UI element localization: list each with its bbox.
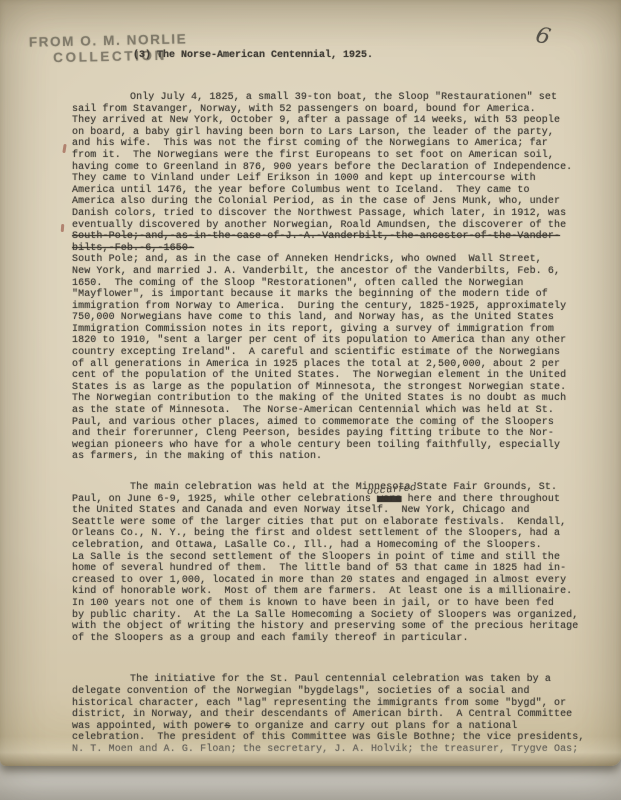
text-line: South-Pole;-and,-as-in-the-case-of-J.-A.… [72,231,582,243]
text-line: Immigration Commission notes in its repo… [72,324,582,336]
text-line: Seattle were some of the larger cities t… [72,517,582,529]
paragraph: The main celebration was held at the Min… [72,482,582,644]
typed-text: America until 1476, the year before Colu… [72,185,530,196]
text-line: "Mayflower", is important because it mar… [72,289,582,301]
typed-text: as farmers, in the making of this nation… [72,451,322,462]
text-line: The main celebration was held at the Min… [72,482,582,494]
typed-text: "Mayflower", is important because it mar… [72,289,548,300]
text-line: as farmers, in the making of this nation… [72,451,582,463]
typed-text: was appointed, with power [72,721,225,732]
typed-text: historical character, each "lag" represe… [72,698,566,709]
typed-text: The main celebration was held at the Min… [130,482,557,493]
typed-text: creased to over 1,000, located in more t… [72,575,566,586]
text-line: 1820 to 1910, "sent a larger per cent of… [72,335,582,347]
text-line: and his wife. This was not the first com… [72,138,582,150]
typed-text: country excepting Ireland". A careful an… [72,347,560,358]
struck-text: South-Pole;-and,-as-in-the-case-of-J.-A.… [72,231,560,242]
text-line: The initiative for the St. Paul centenni… [72,674,582,686]
typed-text: The Norwegian contribution to the making… [72,393,566,404]
text-line: They came to Vinland under Leif Erikson … [72,173,582,185]
typewritten-page: FROM O. M. NORLIE COLLECTION (3) The Nor… [0,0,621,766]
typed-text: eventually discovered by another Norwegi… [72,220,566,231]
typed-text: of all generations in America in 1925 pl… [72,359,560,370]
text-line: historical character, each "lag" represe… [72,698,582,710]
paragraph: The initiative for the St. Paul centenni… [72,674,582,755]
typed-text: from it. The Norwegians were the first E… [72,150,554,161]
margin-ink-mark [61,224,64,232]
text-line: and their forerunner, Cleng Peerson, bes… [72,428,582,440]
typed-text: here and there throughout [401,494,560,505]
scanned-document-photo: FROM O. M. NORLIE COLLECTION (3) The Nor… [0,0,621,800]
text-line: Paul, and various other places, aimed to… [72,417,582,429]
typed-text: Orleans Co., N. Y., being the first and … [72,528,560,539]
typed-text: New York, and married J. A. Vanderbilt, … [72,266,560,277]
text-line: celebration. The president of this Commi… [72,732,582,744]
text-line: wegian pioneers who have for a whole cen… [72,440,582,452]
text-line: Paul, on June 6-9, 1925, while other cel… [72,494,582,506]
text-line: cent of the population of the United Sta… [72,370,582,382]
typed-text: home of several hundred of them. The lit… [72,563,566,574]
typed-text: La Salle is the second settlement of the… [72,552,560,563]
typed-text: cent of the population of the United Sta… [72,370,566,381]
struck-text: bilts,-Feb.-6,-1650- [72,243,194,254]
typed-text: of the Sloopers as a group and each fami… [72,633,469,644]
typed-text: the United States and Canada and even No… [72,505,530,516]
text-line: sail from Stavanger, Norway, with 52 pas… [72,104,582,116]
text-line: Only July 4, 1825, a small 39-ton boat, … [72,92,582,104]
text-line: States is as large as the population of … [72,382,582,394]
text-line: as the state of Minnesota. The Norse-Ame… [72,405,582,417]
text-line: They arrived at New York, October 9, aft… [72,115,582,127]
typed-text: Danish colors, tried to discover the Nor… [72,208,566,219]
text-line: immigration from Norway to America. Duri… [72,301,582,313]
margin-ink-mark [62,144,66,153]
typed-text: Immigration Commission notes in its repo… [72,324,554,335]
text-line: kind of honorable work. Most of them are… [72,586,582,598]
text-line: by public charity. At the La Salle Homec… [72,610,582,622]
typed-text: wegian pioneers who have for a whole cen… [72,440,560,451]
typed-text: South Pole; and, as in the case of Annek… [72,254,542,265]
typed-text: celebration, and Ottawa, LaSalle Co., Il… [72,540,542,551]
typed-text: having come to Greenland in 876, 900 yea… [72,162,572,173]
text-line: of the Sloopers as a group and each fami… [72,633,582,645]
typed-text: immigration from Norway to America. Duri… [72,301,566,312]
typed-text: on board, a baby girl having been born t… [72,127,554,138]
typed-text: They came to Vinland under Leif Erikson … [72,173,536,184]
text-line: creased to over 1,000, located in more t… [72,575,582,587]
typed-text: The initiative for the St. Paul centenni… [130,674,551,685]
typed-text: They arrived at New York, October 9, aft… [72,115,560,126]
typed-text: 1820 to 1910, "sent a larger per cent of… [72,335,566,346]
typed-text: In 100 years not one of them is known to… [72,598,554,609]
typed-text: delegate convention of the Norwegian "by… [72,686,530,697]
text-line: having come to Greenland in 876, 900 yea… [72,162,582,174]
text-line: N. T. Moen and A. G. Floan; the secretar… [72,744,582,756]
corrected-word: occurredwere [377,494,401,506]
text-line: with the object of writing the history a… [72,621,582,633]
paragraph: Only July 4, 1825, a small 39-ton boat, … [72,92,582,463]
typed-text: Paul, and various other places, aimed to… [72,417,554,428]
text-line: Orleans Co., N. Y., being the first and … [72,528,582,540]
typed-text: and his wife. This was not the first com… [72,138,548,149]
text-line: delegate convention of the Norwegian "by… [72,686,582,698]
text-line: America also during the Colonial Period,… [72,196,582,208]
text-line: La Salle is the second settlement of the… [72,552,582,564]
typed-text: with the object of writing the history a… [72,621,578,632]
text-line: New York, and married J. A. Vanderbilt, … [72,266,582,278]
text-line: 1650. The coming of the Sloop "Restorati… [72,278,582,290]
text-line: the United States and Canada and even No… [72,505,582,517]
text-line: from it. The Norwegians were the first E… [72,150,582,162]
text-line: eventually discovered by another Norwegi… [72,220,582,232]
typed-text: celebration. The president of this Commi… [72,732,584,743]
typed-text: Paul, on June 6-9, 1925, while other cel… [72,494,377,505]
text-line: was appointed, with powers to organize a… [72,721,582,733]
typed-text: States is as large as the population of … [72,382,566,393]
text-line: Danish colors, tried to discover the Nor… [72,208,582,220]
typed-text: kind of honorable work. Most of them are… [72,586,572,597]
text-line: In 100 years not one of them is known to… [72,598,582,610]
text-line: 750,000 Norwegians have come to this lan… [72,312,582,324]
text-line: home of several hundred of them. The lit… [72,563,582,575]
text-line: of all generations in America in 1925 pl… [72,359,582,371]
typed-text: as the state of Minnesota. The Norse-Ame… [72,405,554,416]
typed-text: America also during the Colonial Period,… [72,196,560,207]
text-line: bilts,-Feb.-6,-1650- [72,243,582,255]
text-line: South Pole; and, as in the case of Annek… [72,254,582,266]
typed-text: to organize and carry out plans for a na… [231,721,518,732]
typed-text: sail from Stavanger, Norway, with 52 pas… [72,104,536,115]
typed-text: N. T. Moen and A. G. Floan; the secretar… [72,744,578,755]
text-line: celebration, and Ottawa, LaSalle Co., Il… [72,540,582,552]
text-line: district, in Norway, and their descendan… [72,709,582,721]
typed-text: and their forerunner, Cleng Peerson, bes… [72,428,554,439]
typed-text: Only July 4, 1825, a small 39-ton boat, … [130,92,557,103]
typed-text: Seattle were some of the larger cities t… [72,517,566,528]
typed-text: 750,000 Norwegians have come to this lan… [72,312,554,323]
typed-text: by public charity. At the La Salle Homec… [72,610,578,621]
document-body: Only July 4, 1825, a small 39-ton boat, … [72,92,582,755]
typed-text: 1650. The coming of the Sloop "Restorati… [72,278,523,289]
handwritten-page-number: 6 [533,23,553,51]
typed-text: district, in Norway, and their descendan… [72,709,572,720]
text-line: The Norwegian contribution to the making… [72,393,582,405]
text-line: country excepting Ireland". A careful an… [72,347,582,359]
text-line: America until 1476, the year before Colu… [72,185,582,197]
page-title: (3) The Norse-American Centennial, 1925. [133,50,373,61]
text-line: on board, a baby girl having been born t… [72,127,582,139]
